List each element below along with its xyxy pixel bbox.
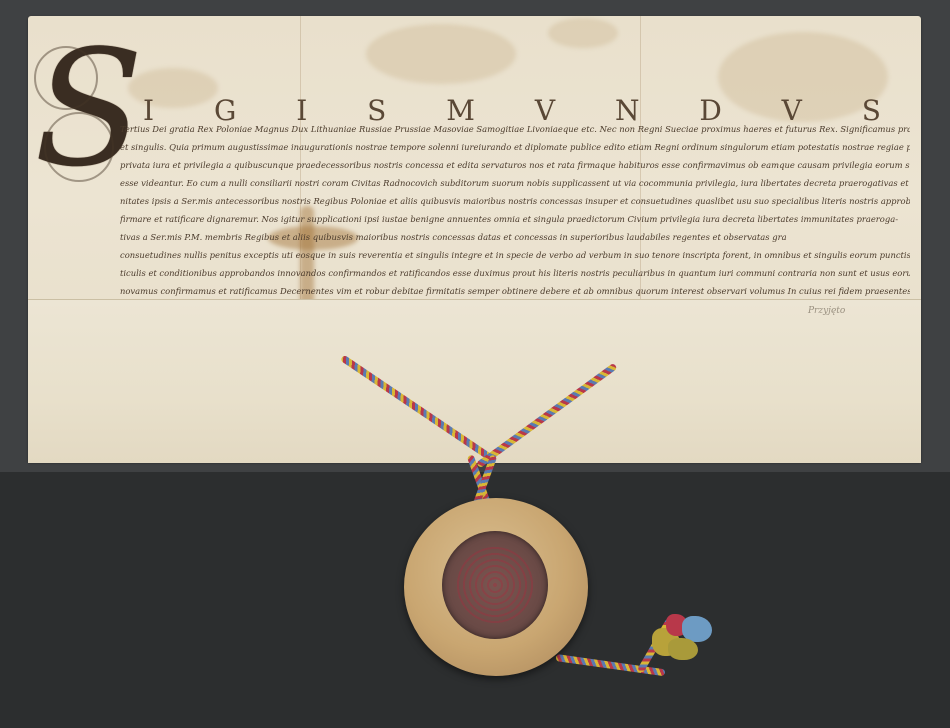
parchment-charter: S I G I S M V N D V S Tertius Dei gratia…: [28, 16, 921, 462]
text-line: et singulis. Quia primum augustissimae i…: [120, 138, 910, 156]
text-line: Tertius Dei gratia Rex Poloniae Magnus D…: [120, 120, 910, 138]
text-line: nitates ipsis a Ser.mis antecessoribus n…: [120, 192, 910, 210]
text-line: novamus confirmamus et ratificamus Decer…: [120, 282, 910, 300]
charter-body-text: Tertius Dei gratia Rex Poloniae Magnus D…: [120, 120, 910, 300]
text-line: ticulis et conditionibus approbandos inn…: [120, 264, 910, 282]
water-stain: [366, 24, 516, 84]
plica-fold: [28, 299, 921, 463]
clerk-signature: Przyjęto: [808, 306, 845, 316]
wax-seal-impression: [442, 531, 548, 639]
cord-tassel: [650, 612, 714, 662]
wax-seal-skippet: [404, 498, 588, 676]
tassel-tuft: [668, 638, 698, 660]
text-line: tivas a Ser.mis P.M. membris Regibus et …: [120, 228, 910, 246]
initial-flourish: [44, 112, 114, 182]
text-line: esse videantur. Eo cum a nulli consiliar…: [120, 174, 910, 192]
text-line: privata iura et privilegia a quibuscunqu…: [120, 156, 910, 174]
water-stain: [548, 18, 618, 48]
initial-flourish: [34, 46, 98, 110]
text-line: consuetudines nullis penitus exceptis ut…: [120, 246, 910, 264]
text-line: firmare et ratificare dignaremur. Nos ig…: [120, 210, 910, 228]
